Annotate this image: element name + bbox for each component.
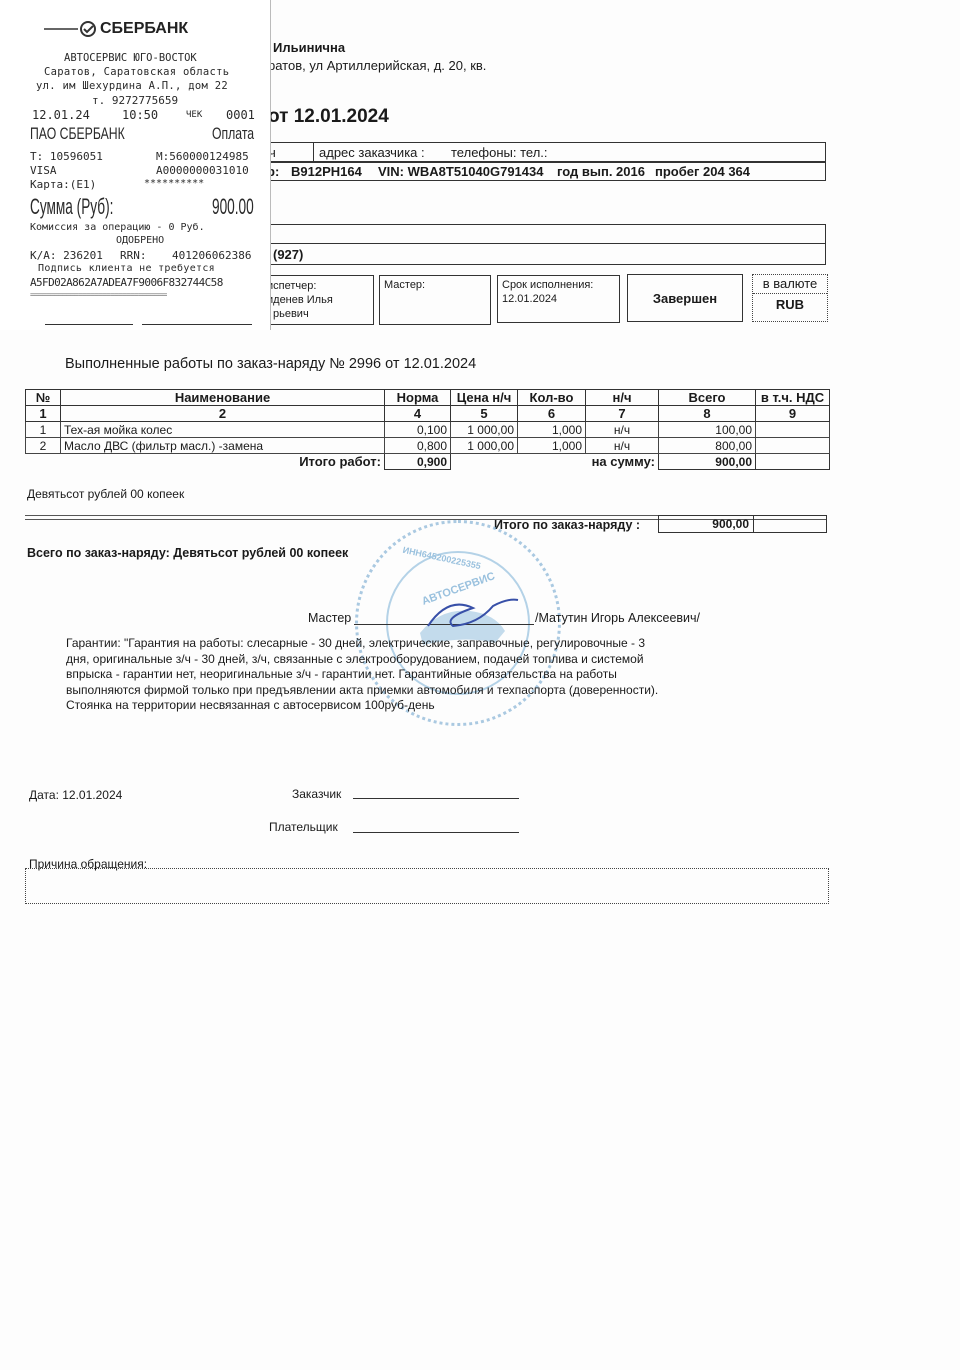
customer-row-prefix: ч: [269, 145, 276, 160]
currency-label: в валюте: [753, 275, 827, 294]
colnum: 7: [586, 406, 659, 422]
supplier-address: ратов, ул Артиллерийская, д. 20, кв.: [268, 58, 486, 73]
col-no: №: [26, 390, 61, 406]
warranty-line: впрыска - гарантии нет, неоригинальные з…: [66, 667, 658, 683]
cell-vat: [756, 422, 830, 438]
table-header-row: № Наименование Норма Цена н/ч Кол-во н/ч…: [26, 390, 830, 406]
car-mileage: пробег 204 364: [655, 164, 750, 179]
col-unit: н/ч: [586, 390, 659, 406]
dispatcher-name2: рьевич: [267, 307, 373, 321]
warranty-line: Гарантии: "Гарантия на работы: слесарные…: [66, 636, 658, 652]
receipt-sum-label: Сумма (Руб):: [30, 194, 113, 220]
customer-row: ч адрес заказчика : телефоны: тел.:: [262, 142, 826, 163]
receipt-card-type: VISA: [30, 164, 57, 177]
cell-name: Тех-ая мойка колес: [61, 422, 385, 438]
warranty-line: выполняются фирмой только при предъявлен…: [66, 683, 658, 699]
cell-total: 800,00: [659, 438, 756, 454]
car-year: год вып. 2016: [557, 164, 645, 179]
payer-phone-row: (927): [262, 243, 826, 265]
warranty-line: Стоянка на территории несвязанная с авто…: [66, 698, 658, 714]
cell-unit: н/ч: [586, 422, 659, 438]
receipt-status: ОДОБРЕНО: [116, 235, 164, 246]
currency-value: RUB: [753, 294, 827, 312]
dispatcher-label: испетчер:: [267, 279, 373, 293]
sum-in-words: Девятьсот рублей 00 копеек: [27, 487, 184, 501]
cell-price: 1 000,00: [451, 438, 518, 454]
master-name: /Матутин Игорь Алексеевич/: [535, 611, 700, 625]
cell-vat: [756, 438, 830, 454]
all-total-words: Всего по заказ-наряду: Девятьсот рублей …: [27, 546, 348, 560]
master-signature-label: Мастер: [308, 611, 351, 625]
receipt-merchant-id: М:560000124985: [156, 150, 249, 163]
cell-name: Масло ДВС (фильтр масл.) -замена: [61, 438, 385, 454]
car-vin: VIN: WBA8T51040G791434: [378, 164, 543, 179]
warranty-text: Гарантии: "Гарантия на работы: слесарные…: [66, 636, 658, 714]
works-table: № Наименование Норма Цена н/ч Кол-во н/ч…: [25, 389, 830, 470]
status-badge: Завершен: [653, 291, 717, 306]
cell-qty: 1,000: [518, 422, 586, 438]
payment-receipt: СБЕРБАНК АВТОСЕРВИС ЮГО-ВОСТОК Саратов, …: [0, 0, 270, 330]
reason-field[interactable]: [25, 868, 829, 904]
sberbank-logo: СБЕРБАНК: [44, 20, 188, 38]
cell-unit: н/ч: [586, 438, 659, 454]
cell-no: 2: [26, 438, 61, 454]
underline-stub: [45, 324, 133, 325]
col-price: Цена н/ч: [451, 390, 518, 406]
receipt-check-no: 0001: [226, 108, 255, 122]
master-box: Мастер:: [379, 275, 491, 325]
table-row: 1 Тех-ая мойка колес 0,100 1 000,00 1,00…: [26, 422, 830, 438]
receipt-rrn-label: RRN:: [120, 249, 147, 262]
colnum: 5: [451, 406, 518, 422]
receipt-street: ул. им Шехурдина А.П., дом 22: [36, 80, 228, 92]
payer-row: [262, 224, 826, 244]
customer-address-label: адрес заказчика :: [319, 145, 425, 160]
cell-norm: 0,800: [385, 438, 451, 454]
receipt-aid: A0000000031010: [156, 164, 249, 177]
receipt-city: Саратов, Саратовская область: [44, 66, 229, 78]
colnum: 8: [659, 406, 756, 422]
receipt-date: 12.01.24: [32, 108, 90, 122]
col-qty: Кол-во: [518, 390, 586, 406]
col-norm: Норма: [385, 390, 451, 406]
table-colnum-row: 1 2 4 5 6 7 8 9: [26, 406, 830, 422]
order-total-vat: [753, 515, 827, 533]
signature-scribble-icon: [420, 596, 530, 636]
sberbank-logo-icon: [44, 20, 98, 38]
table-row: 2 Масло ДВС (фильтр масл.) -замена 0,800…: [26, 438, 830, 454]
deadline-box: Срок исполнения: 12.01.2024: [497, 275, 620, 323]
cell-price: 1 000,00: [451, 422, 518, 438]
currency-box: в валюте RUB: [752, 274, 828, 322]
supplier-name: Ильинична: [273, 40, 345, 55]
payer-phone: (927): [273, 247, 303, 262]
sum-label: на сумму:: [518, 454, 659, 470]
total-label: Итого работ:: [61, 454, 385, 470]
total-norm: 0,900: [385, 454, 451, 470]
receipt-operation: Оплата: [212, 124, 254, 144]
customer-sign-label: Заказчик: [292, 787, 341, 801]
col-total: Всего: [659, 390, 756, 406]
order-total-value: 900,00: [658, 515, 754, 533]
sum-value: 900,00: [659, 454, 756, 470]
car-row: р: В912РН164 VIN: WBA8T51040G791434 год …: [262, 161, 826, 181]
receipt-card-mask: **********: [144, 178, 204, 189]
customer-sign-line: [353, 798, 519, 799]
receipt-terminal: Т: 10596051: [30, 150, 103, 163]
warranty-line: дня, оригинальные з/ч - 30 дней, з/ч, св…: [66, 652, 658, 668]
works-title: Выполненные работы по заказ-наряду № 299…: [65, 356, 476, 372]
receipt-hash: A5FD02A862A7ADEA7F9006F832744C58: [30, 276, 223, 289]
colnum: 6: [518, 406, 586, 422]
dispatcher-name1: иденев Илья: [267, 293, 373, 307]
colnum: 1: [26, 406, 61, 422]
receipt-auth-code: К/А: 236201: [30, 249, 103, 262]
col-vat: в т.ч. НДС: [756, 390, 830, 406]
receipt-signature-note: Подпись клиента не требуется: [38, 263, 215, 274]
deadline-value: 12.01.2024: [502, 292, 615, 306]
receipt-phone: т. 9272775659: [92, 94, 178, 107]
cell-norm: 0,100: [385, 422, 451, 438]
underline-stub: [142, 324, 252, 325]
colnum: 4: [385, 406, 451, 422]
receipt-check-label: ЧЕК: [186, 110, 202, 120]
payer-sign-line: [353, 832, 519, 833]
deadline-label: Срок исполнения:: [502, 278, 615, 292]
receipt-sum-value: 900.00: [212, 194, 254, 220]
receipt-separator: ==================================: [30, 290, 167, 299]
cell-total: 100,00: [659, 422, 756, 438]
receipt-commission: Комиссия за операцию - 0 Руб.: [30, 222, 205, 233]
receipt-time: 10:50: [122, 108, 158, 122]
status-box: Завершен: [627, 274, 743, 322]
colnum: 9: [756, 406, 830, 422]
cell-qty: 1,000: [518, 438, 586, 454]
order-title: от 12.01.2024: [268, 106, 389, 128]
col-name: Наименование: [61, 390, 385, 406]
master-label: Мастер:: [384, 279, 486, 291]
cell-no: 1: [26, 422, 61, 438]
receipt-merchant: АВТОСЕРВИС ЮГО-ВОСТОК: [64, 52, 197, 64]
receipt-rrn: 401206062386: [172, 249, 251, 262]
phones-label: телефоны: тел.:: [451, 145, 548, 160]
receipt-bank-name: ПАО СБЕРБАНК: [30, 124, 125, 144]
table-total-row: Итого работ: 0,900 на сумму: 900,00: [26, 454, 830, 470]
receipt-card-label: Карта:(E1): [30, 178, 96, 191]
footer-date: Дата: 12.01.2024: [29, 788, 122, 802]
payer-sign-label: Плательщик: [269, 820, 338, 834]
colnum: 2: [61, 406, 385, 422]
car-plate: В912РН164: [291, 164, 362, 179]
